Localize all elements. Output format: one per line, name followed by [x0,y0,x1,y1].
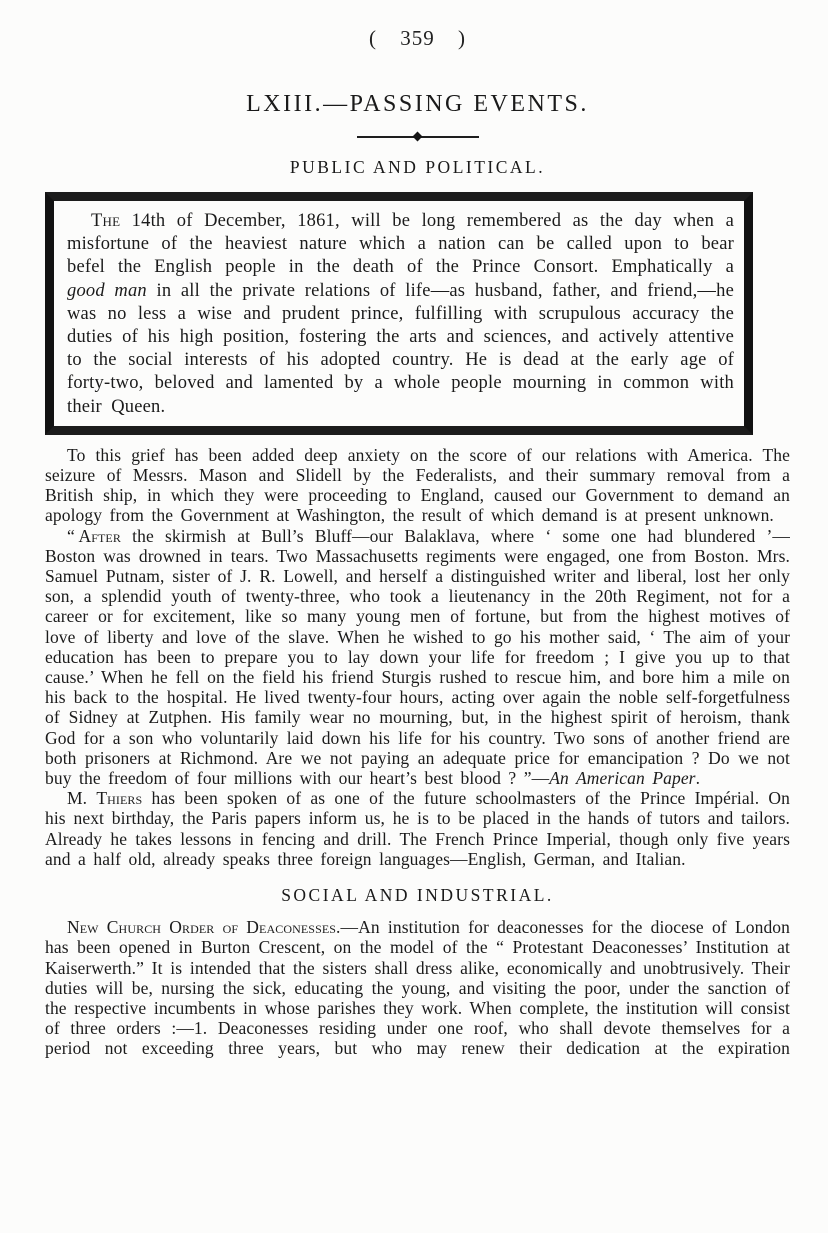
small-caps-lead: The [91,211,120,231]
paragraph-thiers: M. Thiers has been spoken of as one of t… [45,788,790,869]
social-section-body: New Church Order of Deaconesses.—An inst… [45,917,790,1058]
scanned-page: ( 359 ) LXIII.—PASSING EVENTS. PUBLIC AN… [0,0,828,1059]
closing-period: . [696,768,700,788]
page-number: ( 359 ) [45,26,790,51]
boxed-italic-good-man: good man [67,281,147,301]
paragraph-trent-affair: To this grief has been added deep anxiet… [45,445,790,526]
thiers-text: has been spoken of as one of the future … [45,788,790,869]
italic-source-attribution: An American Paper [549,768,695,788]
diamond-icon [413,132,423,142]
opening-quote: “ [67,526,78,546]
small-caps-lead: After [78,526,120,546]
divider-line-right [420,136,479,138]
article-title: LXIII.—PASSING EVENTS. [45,91,790,118]
american-paper-text: the skirmish at Bull’s Bluff—our Balakla… [45,526,790,788]
title-divider [357,133,479,140]
paragraph-deaconesses: New Church Order of Deaconesses.—An inst… [45,917,790,1058]
divider-line-left [357,136,416,138]
boxed-text-run-2: in all the private relations of life—as … [67,281,734,417]
thiers-prefix: M. [67,788,96,808]
deaconesses-text: —An institution for deaconesses for the … [45,917,790,1058]
section-heading-public: PUBLIC AND POLITICAL. [45,157,790,178]
boxed-obituary-paragraph: The 14th of December, 1861, will be long… [67,210,734,419]
prince-consort-obituary-box: The 14th of December, 1861, will be long… [45,192,753,435]
section-heading-social: SOCIAL AND INDUSTRIAL. [45,885,790,906]
paragraph-american-paper: “ After the skirmish at Bull’s Bluff—our… [45,526,790,789]
public-section-body: To this grief has been added deep anxiet… [45,445,790,869]
small-caps-lead: Thiers [96,788,142,808]
boxed-text-run-1: 14th of December, 1861, will be long rem… [67,211,734,277]
small-caps-lead: New Church Order of Deaconesses. [67,917,341,937]
